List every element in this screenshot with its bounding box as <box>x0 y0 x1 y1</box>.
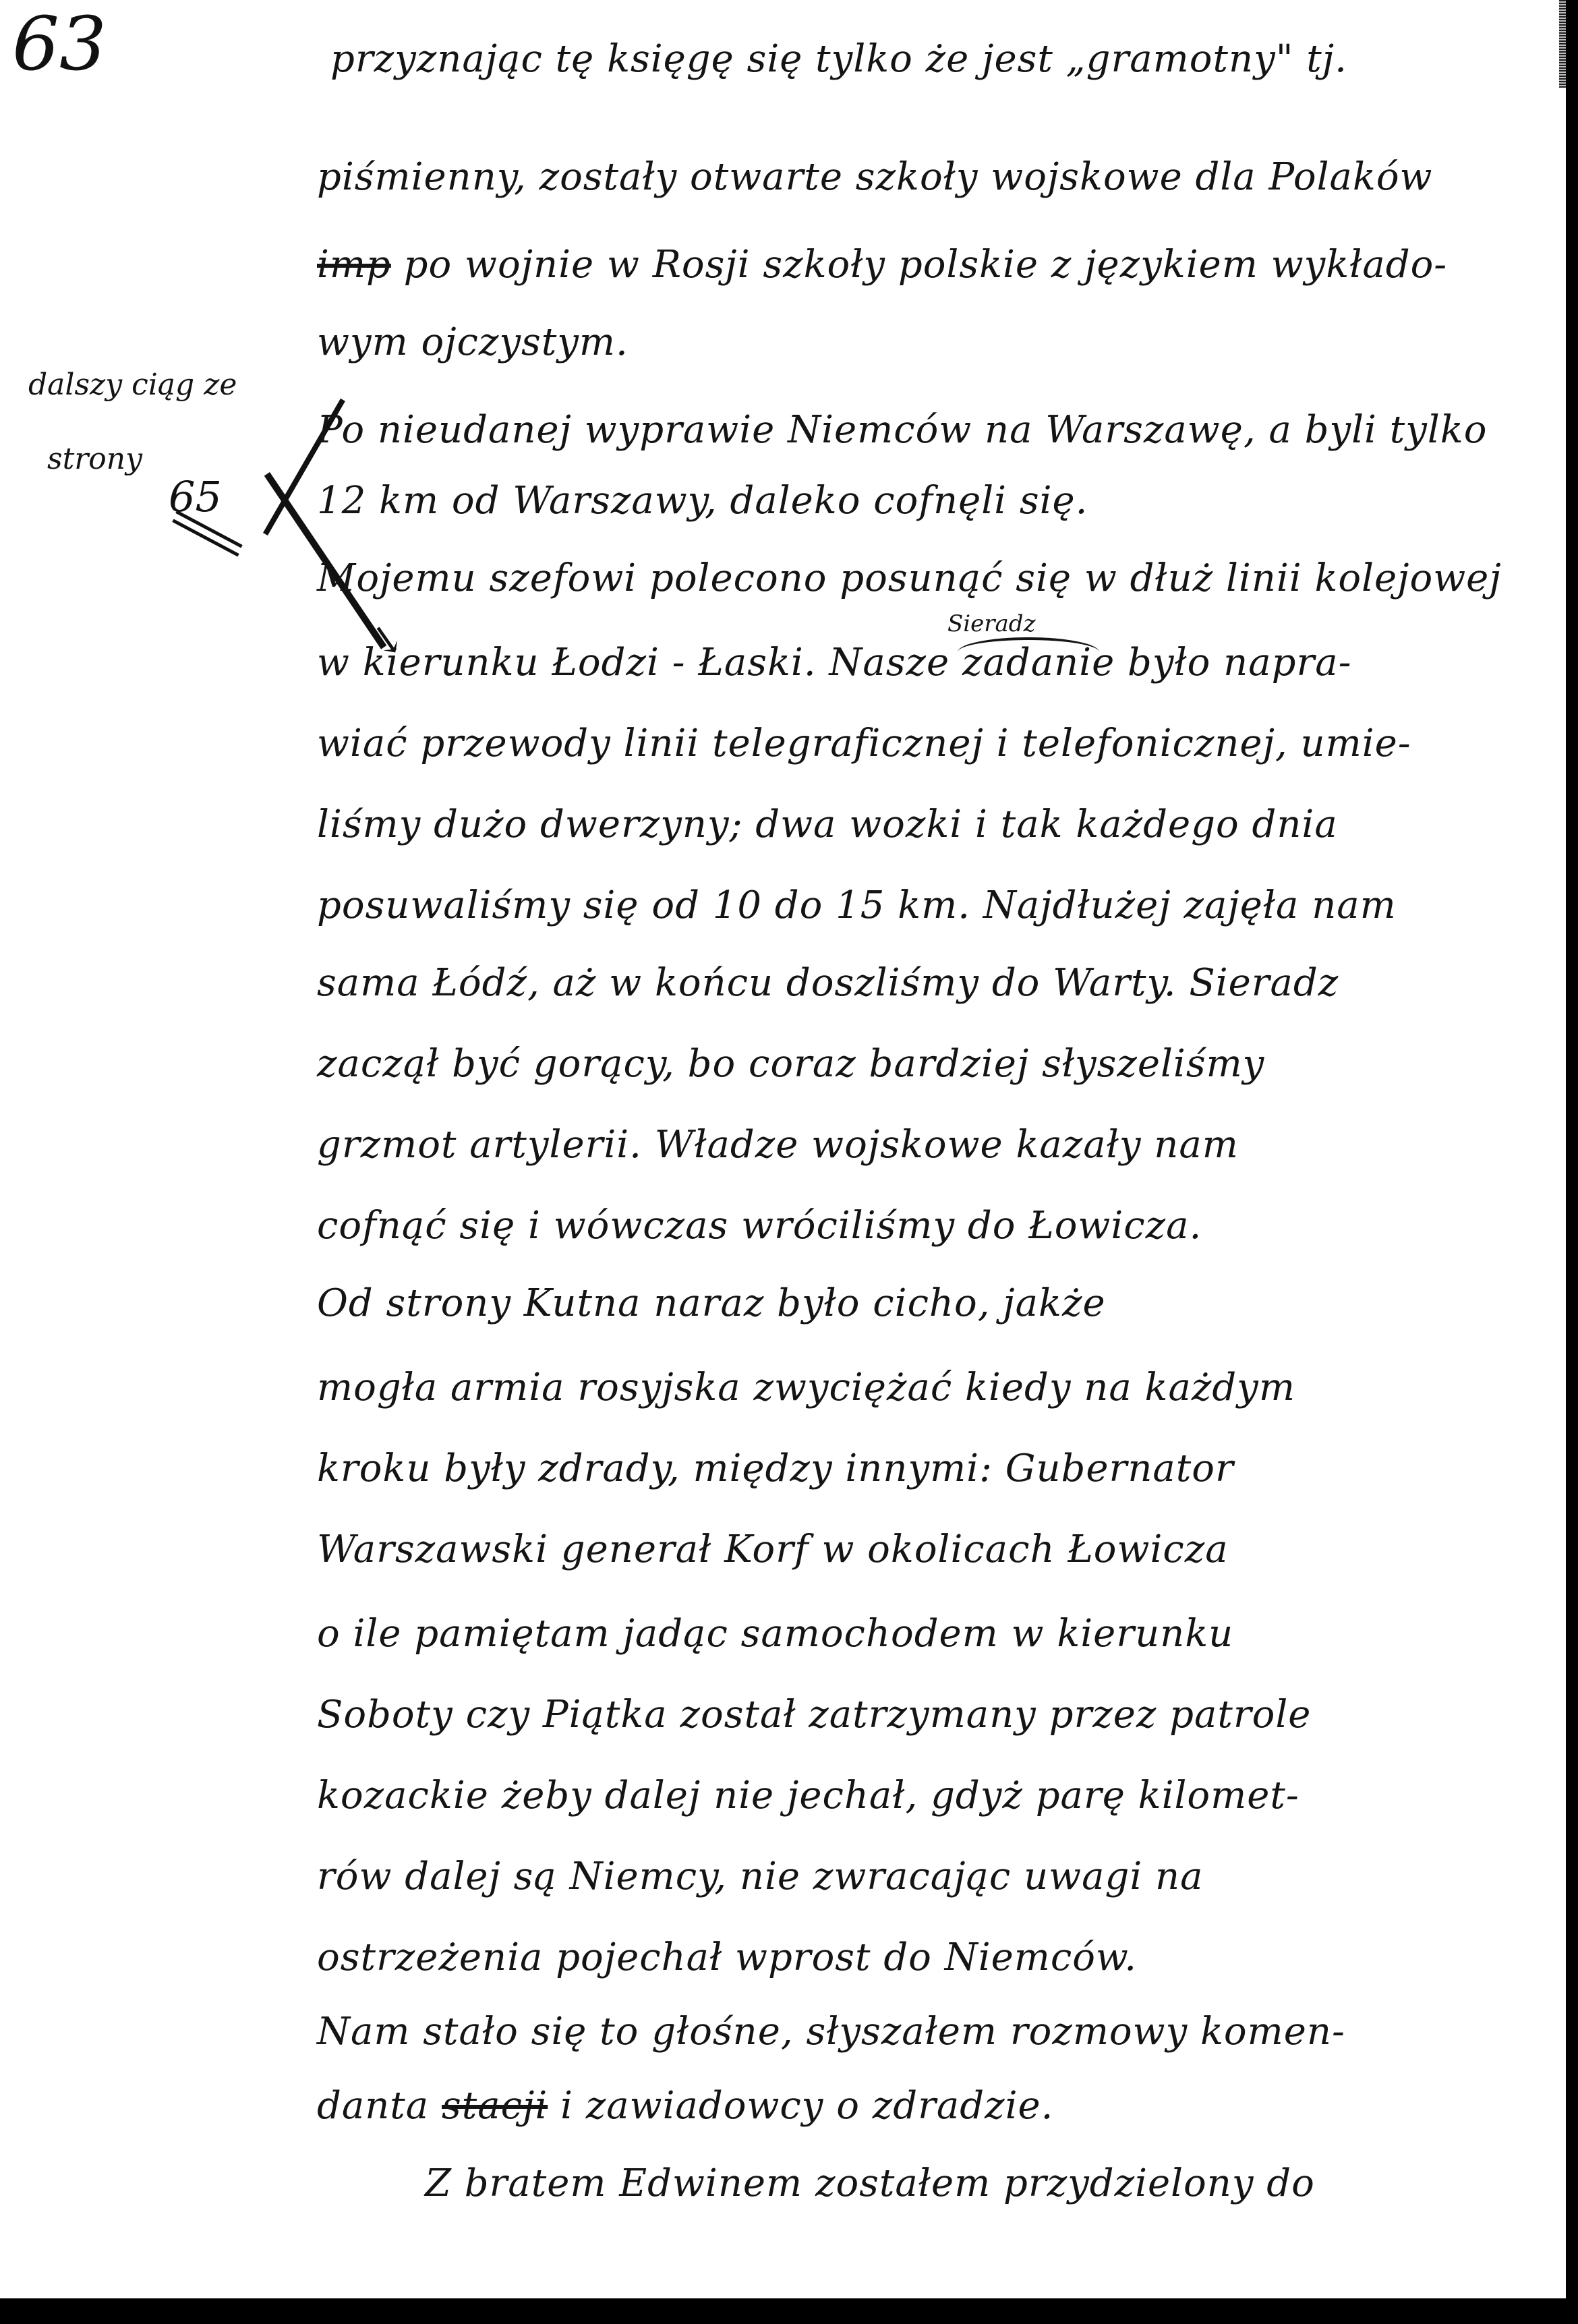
text-line: w kierunku Łodzi - Łaski. Nasze zadanie … <box>317 644 1538 682</box>
page-bottom-border <box>0 2298 1578 2324</box>
page-edge-shadow <box>1559 0 1566 88</box>
interlinear-insert: Sieradz <box>947 610 1036 637</box>
text-line: piśmienny, zostały otwarte szkoły wojsko… <box>317 158 1538 196</box>
text-line: kozackie żeby dalej nie jechał, gdyż par… <box>317 1777 1538 1815</box>
struck-text: stacji <box>442 2084 548 2128</box>
struck-text: imp <box>317 243 391 287</box>
text-line: sama Łódź, aż w końcu doszliśmy do Warty… <box>317 964 1538 1002</box>
text-line: wym ojczystym. <box>317 324 1538 361</box>
text-line: danta stacji i zawiadowcy o zdradzie. <box>317 2087 1538 2125</box>
text-line: mogła armia rosyjska zwyciężać kiedy na … <box>317 1369 1538 1407</box>
text-line: Nam stało się to głośne, słyszałem rozmo… <box>317 2013 1538 2051</box>
text-line: 12 km od Warszawy, daleko cofnęli się. <box>317 482 1538 520</box>
text-line: o ile pamiętam jadąc samochodem w kierun… <box>317 1615 1538 1653</box>
text-line: wiać przewody linii telegraficznej i tel… <box>317 725 1538 763</box>
text-line: zaczął być gorący, bo coraz bardziej sły… <box>317 1045 1538 1083</box>
text-line: rów dalej są Niemcy, nie zwracając uwagi… <box>317 1858 1538 1896</box>
text-line: grzmot artylerii. Władze wojskowe kazały… <box>317 1126 1538 1164</box>
page-number: 63 <box>12 7 107 81</box>
text-line: imp po wojnie w Rosji szkoły polskie z j… <box>317 246 1538 284</box>
text-line: Po nieudanej wyprawie Niemców na Warszaw… <box>317 411 1538 449</box>
text-line: kroku były zdrady, między innymi: Gubern… <box>317 1450 1538 1488</box>
page-right-border <box>1566 0 1578 2324</box>
margin-note-line1: dalszy ciąg ze <box>28 368 237 402</box>
text-line: przyznając tę księgę się tylko że jest „… <box>330 40 1538 78</box>
text-line: Z bratem Edwinem zostałem przydzielony d… <box>425 2165 1538 2203</box>
text-line: liśmy dużo dwerzyny; dwa wozki i tak każ… <box>317 806 1538 844</box>
text-line: Od strony Kutna naraz było cicho, jakże <box>317 1285 1538 1323</box>
text-line: ostrzeżenia pojechał wprost do Niemców. <box>317 1939 1538 1977</box>
text-line: Soboty czy Piątka został zatrzymany prze… <box>317 1696 1538 1734</box>
text-line: Warszawski generał Korf w okolicach Łowi… <box>317 1531 1538 1569</box>
margin-note-line2: strony <box>47 442 142 476</box>
text-line: Mojemu szefowi polecono posunąć się w dł… <box>317 560 1538 598</box>
text-line: posuwaliśmy się od 10 do 15 km. Najdłuże… <box>317 887 1538 925</box>
text-line: cofnąć się i wówczas wróciliśmy do Łowic… <box>317 1207 1538 1245</box>
